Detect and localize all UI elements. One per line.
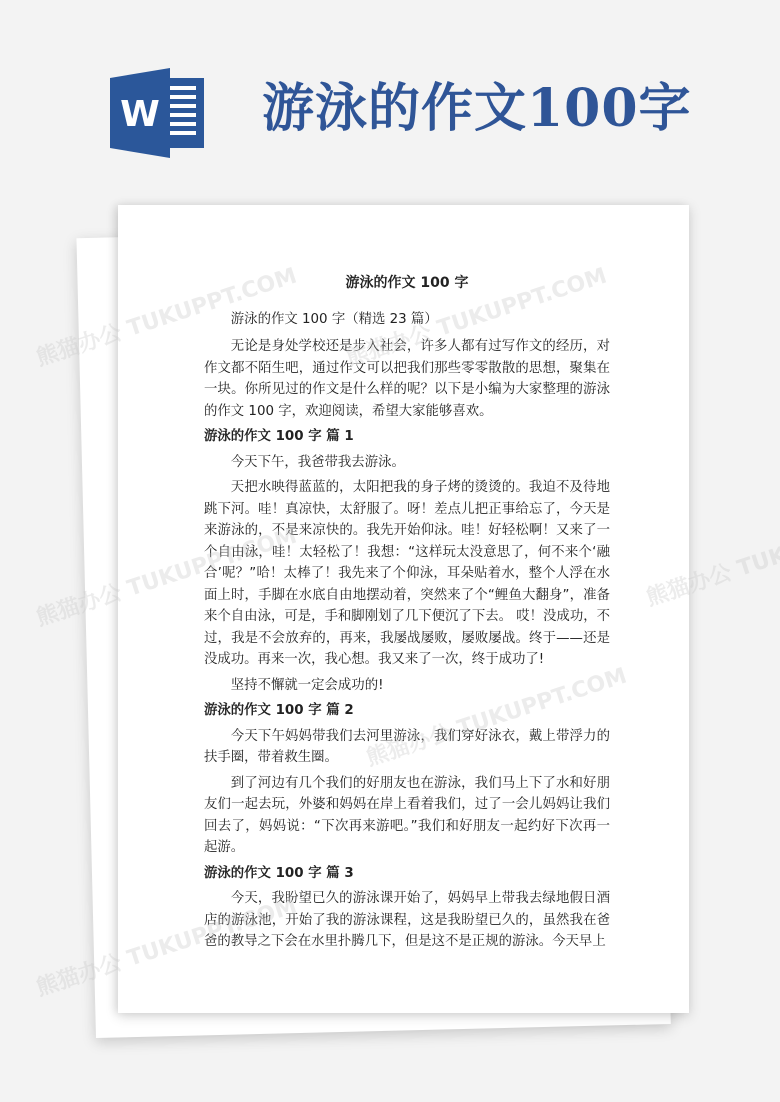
section-heading: 游泳的作文 100 字 篇 3: [204, 863, 610, 885]
paragraph: 今天下午妈妈带我们去河里游泳，我们穿好泳衣，戴上带浮力的扶手圈，带着救生圈。: [204, 726, 610, 769]
paragraph: 到了河边有几个我们的好朋友也在游泳，我们马上下了水和好朋友们一起去玩，外婆和妈妈…: [204, 773, 610, 859]
paragraph: 坚持不懈就一定会成功的!: [204, 675, 610, 697]
section-heading: 游泳的作文 100 字 篇 2: [204, 700, 610, 722]
svg-text:W: W: [120, 94, 160, 135]
document-page: 游泳的作文 100 字 游泳的作文 100 字（精选 23 篇） 无论是身处学校…: [118, 205, 689, 1013]
document-subtitle: 游泳的作文 100 字（精选 23 篇）: [204, 309, 610, 331]
page-title: 游泳的作文100字: [262, 74, 692, 144]
document-body: 游泳的作文 100 字 游泳的作文 100 字（精选 23 篇） 无论是身处学校…: [204, 265, 610, 957]
document-title: 游泳的作文 100 字: [204, 273, 610, 295]
paragraph: 今天下午，我爸带我去游泳。: [204, 452, 610, 474]
intro-paragraph: 无论是身处学校还是步入社会，许多人都有过写作文的经历，对作文都不陌生吧，通过作文…: [204, 336, 610, 422]
header: W 游泳的作文100字: [0, 0, 780, 190]
paragraph: 天把水映得蓝蓝的，太阳把我的身子烤的烫烫的。我迫不及待地跳下河。哇！真凉快，太舒…: [204, 477, 610, 671]
section-heading: 游泳的作文 100 字 篇 1: [204, 426, 610, 448]
word-document-icon: W: [108, 68, 208, 158]
paragraph: 今天，我盼望已久的游泳课开始了，妈妈早上带我去绿地假日酒店的游泳池，开始了我的游…: [204, 888, 610, 953]
